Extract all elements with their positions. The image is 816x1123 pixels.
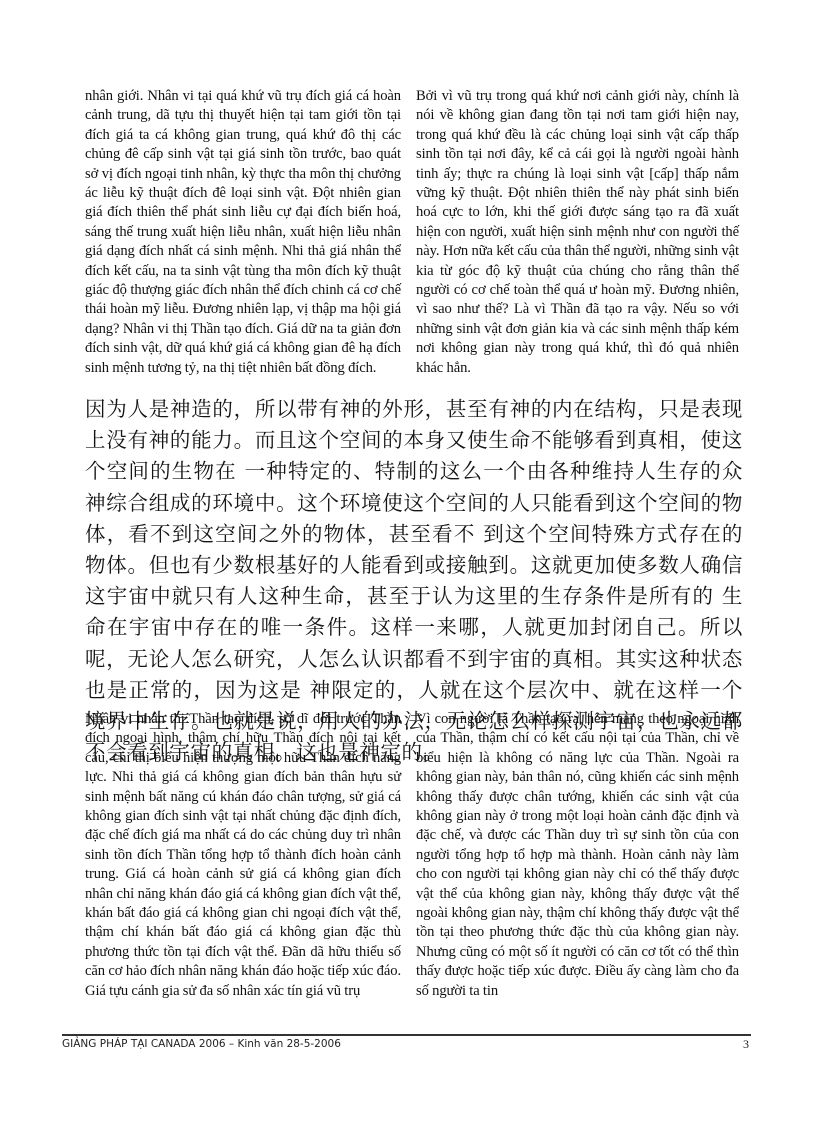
bottom-two-column-section: Nhân vi nhân thị Thần tạo đích, sở dĩ đớ… bbox=[85, 710, 739, 1001]
top-right-paragraph-vietnamese: Bởi vì vũ trụ trong quá khứ nơi cảnh giớ… bbox=[416, 87, 739, 378]
page-footer: GIẢNG PHÁP TẠI CANADA 2006 – Kinh văn 28… bbox=[62, 1037, 751, 1051]
footer-title: GIẢNG PHÁP TẠI CANADA 2006 – Kinh văn 28… bbox=[62, 1037, 341, 1051]
bottom-left-paragraph-han-viet: Nhân vi nhân thị Thần tạo đích, sở dĩ đớ… bbox=[85, 710, 401, 1001]
page-number: 3 bbox=[743, 1037, 751, 1051]
document-page: nhân giới. Nhân vi tại quá khứ vũ trụ đí… bbox=[0, 0, 816, 1123]
top-left-paragraph-han-viet: nhân giới. Nhân vi tại quá khứ vũ trụ đí… bbox=[85, 87, 401, 378]
bottom-right-paragraph-vietnamese: Vì con người là Thần tạo ra, nên mang th… bbox=[416, 710, 739, 1001]
footer-divider bbox=[62, 1034, 751, 1036]
top-two-column-section: nhân giới. Nhân vi tại quá khứ vũ trụ đí… bbox=[85, 87, 739, 378]
